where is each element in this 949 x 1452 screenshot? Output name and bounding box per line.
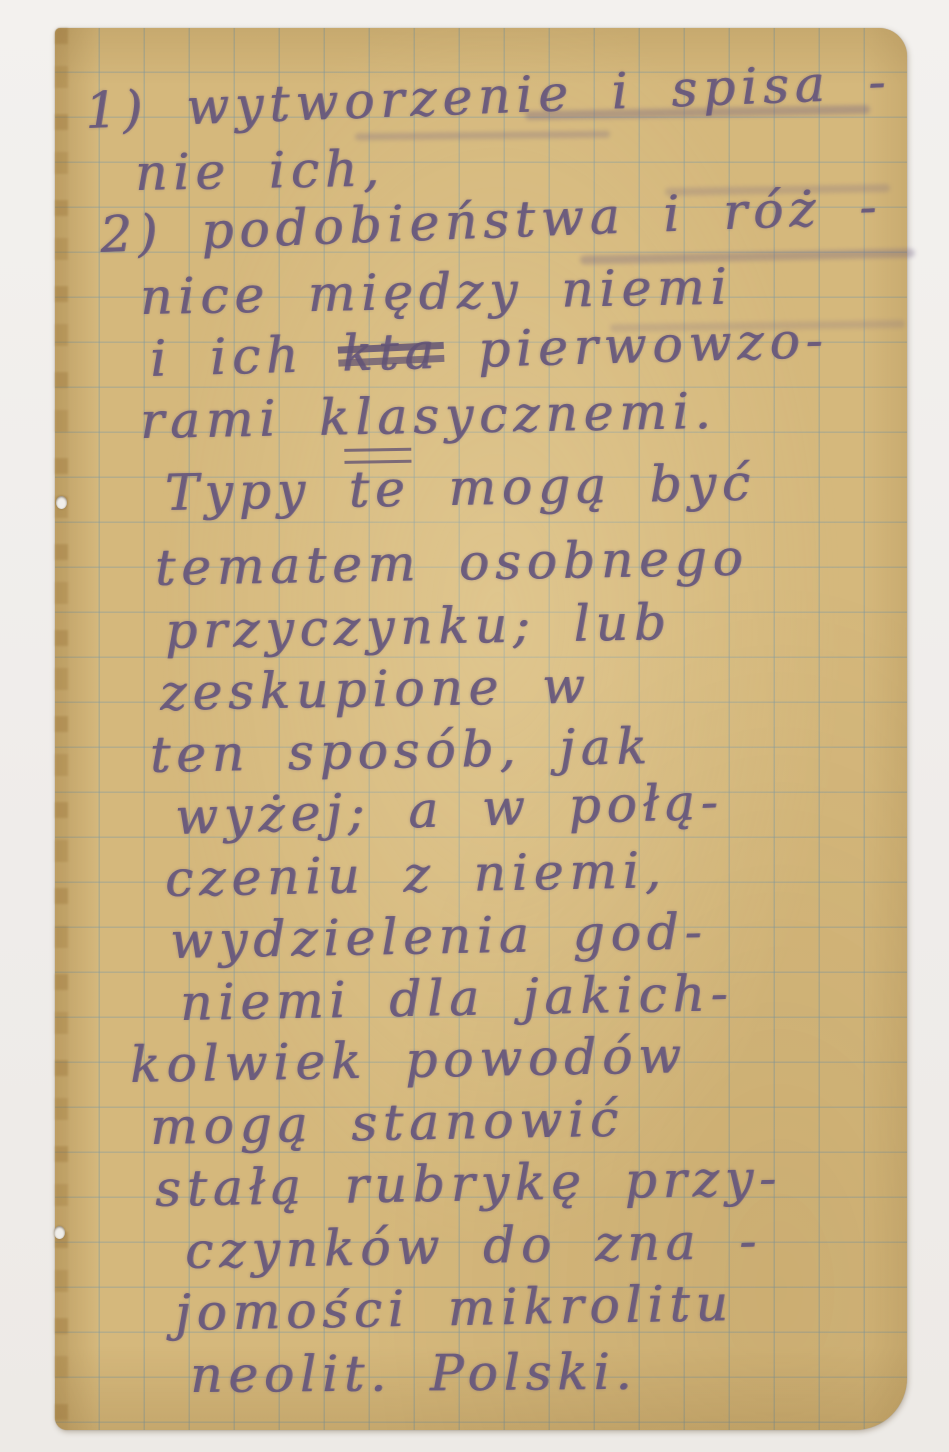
torn-left-edge bbox=[55, 28, 68, 1430]
handwritten-line: zeskupione w bbox=[160, 660, 591, 718]
handwritten-line: czeniu z niemi, bbox=[165, 845, 667, 904]
handwritten-line: nice między niemi bbox=[140, 262, 733, 322]
line-text: czeniu z niemi, bbox=[164, 841, 666, 908]
handwritten-line: przyczynku; lub bbox=[165, 597, 673, 656]
line-text: kolwiek powodów bbox=[129, 1026, 687, 1094]
punch-hole bbox=[54, 1226, 65, 1239]
notebook-page: 1) wytworzenie i spisa - nie ich, 2) pod… bbox=[55, 28, 907, 1430]
handwritten-line: czynków do zna - bbox=[185, 1216, 763, 1276]
crossed-out-word: kta bbox=[341, 326, 441, 379]
line-text: niemi dla jakich- bbox=[179, 964, 733, 1032]
handwritten-line: Typy te mogą być bbox=[165, 458, 757, 518]
handwritten-line: neolit. Polski. bbox=[190, 1347, 638, 1400]
handwritten-line: mogą stanowić bbox=[150, 1094, 625, 1152]
line-text: pierwowzo- bbox=[439, 311, 829, 380]
handwritten-line: stałą rubrykę przy- bbox=[155, 1153, 783, 1214]
line-text: zeskupione w bbox=[159, 656, 591, 722]
handwritten-line: tematem osobnego bbox=[155, 533, 749, 593]
line-text: neolit. Polski. bbox=[190, 1343, 638, 1404]
line-text: stałą rubrykę przy- bbox=[154, 1149, 782, 1218]
line-text: czynków do zna - bbox=[184, 1212, 762, 1280]
handwritten-line: wydzielenia god- bbox=[170, 907, 708, 966]
handwritten-line: wyżej; a w połą- bbox=[174, 777, 724, 842]
handwritten-line: kolwiek powodów bbox=[130, 1030, 688, 1090]
line-text: rami klasycznemi. bbox=[139, 382, 716, 450]
handwritten-line: jomości mikrolitu bbox=[175, 1278, 734, 1338]
line-text: nie ich, bbox=[134, 140, 385, 202]
line-text: ten sposób, jak bbox=[149, 717, 653, 784]
emphasized-word: te bbox=[348, 464, 411, 515]
line-text: wydzielenia god- bbox=[169, 903, 707, 970]
line-text: przyczynku; lub bbox=[164, 593, 672, 660]
line-text: tematem osobnego bbox=[154, 529, 749, 597]
line-text: jomości mikrolitu bbox=[174, 1274, 734, 1342]
punch-hole bbox=[56, 496, 67, 509]
line-text: mogą być bbox=[410, 454, 756, 518]
handwritten-line: ten sposób, jak bbox=[150, 721, 654, 780]
handwritten-line: nie ich, bbox=[135, 144, 386, 198]
line-text: Typy bbox=[164, 461, 349, 522]
line-text: mogą stanowić bbox=[149, 1090, 624, 1156]
line-text: i ich bbox=[149, 325, 343, 388]
handwritten-line: rami klasycznemi. bbox=[140, 386, 717, 446]
handwritten-line: niemi dla jakich- bbox=[180, 968, 734, 1028]
